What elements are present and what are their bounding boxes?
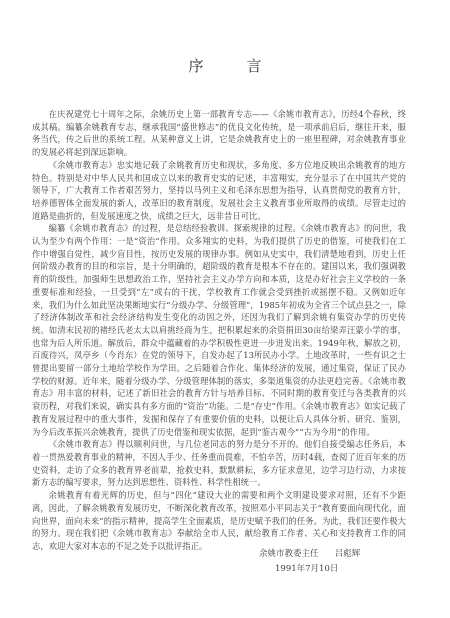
paragraph: 《余姚市教育志》得以顺利问世，与几位老同志的努力是分不开的。他们自接受编志任务后… [32, 438, 406, 489]
paragraph: 编纂《余姚市教育志》的过程，是总结经验教训、探索规律的过程。《余姚市教育志》的问… [32, 222, 406, 438]
signature-block: 余姚市教委主任 吕彪辉 1991年7月10日 [259, 547, 360, 574]
paragraph: 余姚教育有着光辉的历史，但与“四化”建设大业的需要和两个文明建设要求对照，还有不… [32, 489, 406, 553]
page-title: 序 言 [0, 55, 450, 76]
signature-line: 余姚市教委主任 吕彪辉 [259, 547, 360, 559]
signature-date: 1991年7月10日 [259, 562, 360, 574]
paragraph: 在庆祝建党七十周年之际，余姚历史上第一部教育专志——《余姚市教育志》，历经4个春… [32, 108, 406, 159]
preface-body: 在庆祝建党七十周年之际，余姚历史上第一部教育专志——《余姚市教育志》，历经4个春… [32, 108, 406, 553]
signer-position: 余姚市教委主任 [259, 549, 319, 559]
signer-name: 吕彪辉 [335, 549, 361, 559]
paragraph: 《余姚市教育志》忠实地记载了余姚教育历史和现状，多角度、多方位地反映出余姚教育的… [32, 159, 406, 223]
